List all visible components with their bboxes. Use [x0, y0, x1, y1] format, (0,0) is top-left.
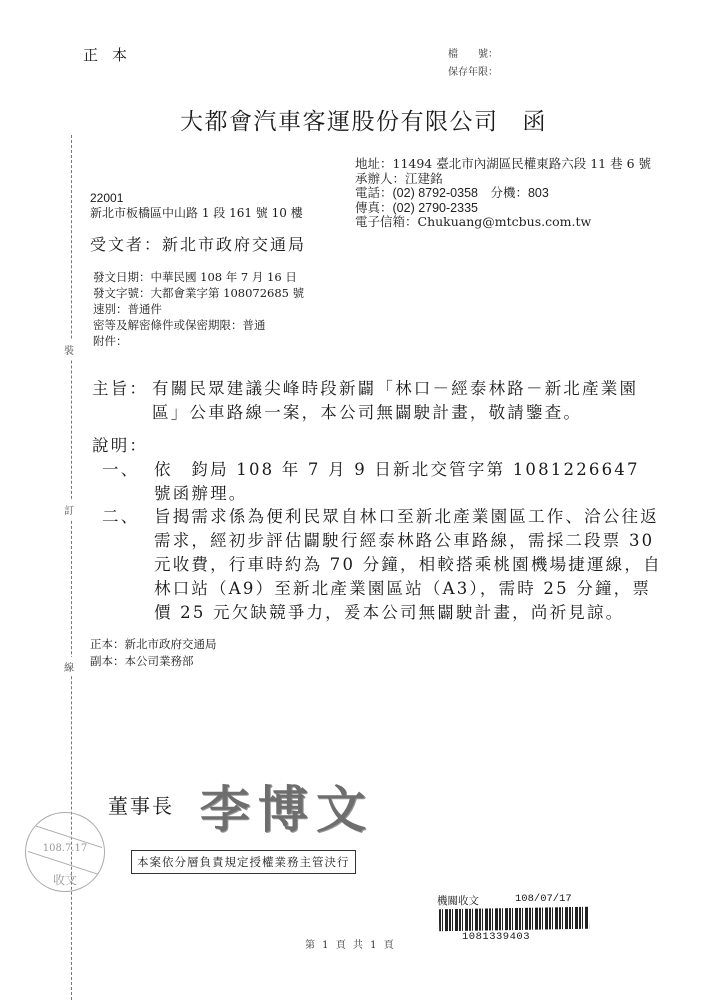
issue-date: 發文日期：中華民國 108 年 7 月 16 日	[93, 269, 304, 285]
sender-contact-block: 地址：11494 臺北市內湖區民權東路六段 11 巷 6 號 承辦人：江建銘 電…	[355, 157, 651, 230]
stamp-date: 108.7.17	[26, 843, 104, 854]
signatory-title: 董事長	[108, 790, 174, 819]
delivery-speed: 速別：普通件	[93, 301, 304, 317]
binding-mark-xian: 線	[64, 657, 74, 676]
contact-person: 承辦人：江建銘	[355, 172, 651, 187]
phone: 電話：(02) 8792-0358 分機：803	[355, 186, 651, 201]
document-number: 發文字號：大都會業字第 108072685 號	[93, 285, 304, 301]
explanation-label: 說明：	[92, 434, 148, 458]
barcode-icon	[439, 907, 589, 932]
stamp-label: 收文	[26, 871, 104, 888]
item-number: 二、	[102, 505, 139, 529]
subject-text: 有關民眾建議尖峰時段新闢「林口－經泰林路－新北產業園區」公車路線一案，本公司無闢…	[152, 377, 652, 425]
subject-label: 主旨：	[92, 377, 148, 401]
barcode-date: 108/07/17	[515, 893, 572, 905]
delegation-note: 本案依分層負責規定授權業務主管決行	[131, 850, 356, 874]
binding-mark-ding: 訂	[64, 500, 74, 519]
recipient: 受文者：新北市政府交通局	[90, 232, 306, 255]
item-text: 依 鈞局 108 年 7 月 9 日新北交管字第 1081226647 號函辦理…	[154, 458, 664, 506]
classification: 密等及解密條件或保密期限：普通	[93, 317, 304, 333]
barcode-label: 機關收文	[437, 893, 479, 908]
recipient-address-block: 22001 新北市板橋區中山路 1 段 161 號 10 樓	[90, 191, 303, 220]
received-date-stamp: 108.7.17 收文	[25, 812, 105, 892]
binding-mark-zhuang: 裝	[64, 340, 74, 359]
barcode-number: 1081339403	[462, 931, 530, 943]
distribution-list: 正本：新北市政府交通局 副本：本公司業務部	[90, 636, 217, 670]
document-type: 函	[523, 109, 548, 135]
copy-recipient: 副本：本公司業務部	[90, 653, 217, 670]
attachments: 附件：	[93, 333, 304, 349]
postal-code: 22001	[90, 191, 303, 206]
item-text: 旨揭需求係為便利民眾自林口至新北產業園區工作、洽公往返需求，經初步評估闢駛行經泰…	[154, 505, 664, 625]
email: 電子信箱：Chukuang@mtcbus.com.tw	[355, 215, 651, 230]
retention-period-label: 保存年限：	[448, 63, 498, 78]
archive-number-label: 檔 號：	[448, 45, 498, 60]
company-name: 大都會汽車客運股份有限公司	[180, 109, 499, 135]
document-meta: 發文日期：中華民國 108 年 7 月 16 日 發文字號：大都會業字第 108…	[93, 269, 304, 349]
document-title: 大都會汽車客運股份有限公司函	[180, 103, 547, 136]
original-recipient: 正本：新北市政府交通局	[90, 636, 217, 653]
item-number: 一、	[102, 458, 139, 482]
signatory-seal: 李博文	[200, 770, 374, 842]
fax: 傳真：(02) 2790-2335	[355, 201, 651, 216]
sender-address: 地址：11494 臺北市內湖區民權東路六段 11 巷 6 號	[355, 157, 651, 172]
copy-type: 正本	[83, 44, 141, 65]
page-number: 第 1 頁 共 1 頁	[305, 936, 396, 951]
recipient-address: 新北市板橋區中山路 1 段 161 號 10 樓	[90, 206, 303, 221]
